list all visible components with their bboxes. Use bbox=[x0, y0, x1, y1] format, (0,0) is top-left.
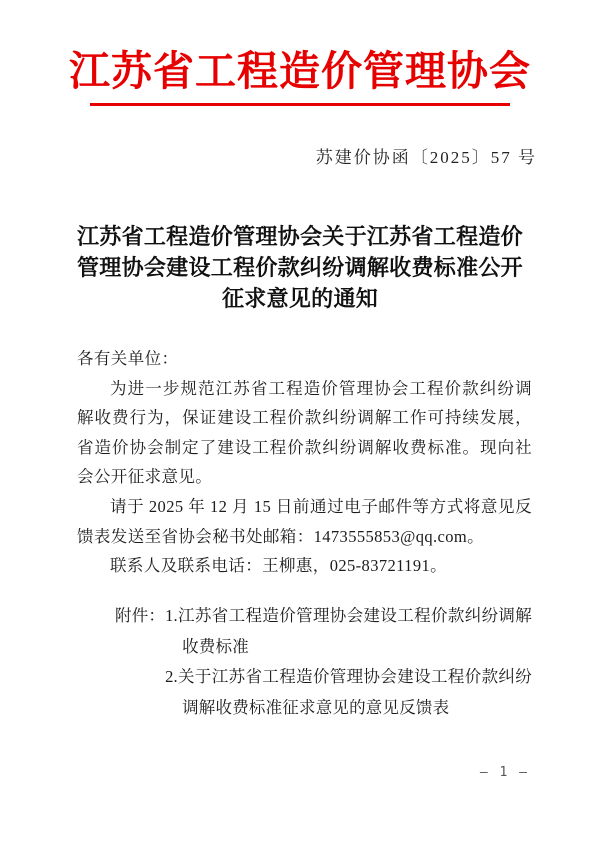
document-body: 各有关单位： 为进一步规范江苏省工程造价管理协会工程价款纠纷调解收费行为，保证建… bbox=[77, 344, 532, 724]
page-number: — 1 — bbox=[480, 765, 529, 780]
attachments-block: 附件： 1.江苏省工程造价管理协会建设工程价款纠纷调解收费标准 2.关于江苏省工… bbox=[115, 601, 532, 724]
attachment-item-2: 2.关于江苏省工程造价管理协会建设工程价款纠纷调解收费标准征求意见的意见反馈表 bbox=[165, 662, 532, 724]
attachments-list: 1.江苏省工程造价管理协会建设工程价款纠纷调解收费标准 2.关于江苏省工程造价管… bbox=[165, 601, 532, 724]
letterhead: 江苏省工程造价管理协会 bbox=[0, 48, 600, 106]
attachment-item-1: 1.江苏省工程造价管理协会建设工程价款纠纷调解收费标准 bbox=[165, 601, 532, 663]
attachments-label: 附件： bbox=[115, 601, 165, 724]
body-paragraph-2: 请于 2025 年 12 月 15 日前通过电子邮件等方式将意见反馈表发送至省协… bbox=[77, 492, 532, 551]
document-title: 江苏省工程造价管理协会关于江苏省工程造价管理协会建设工程价款纠纷调解收费标准公开… bbox=[72, 221, 528, 314]
salutation: 各有关单位： bbox=[77, 344, 532, 374]
document-page: 江苏省工程造价管理协会 苏建价协函〔2025〕57 号 江苏省工程造价管理协会关… bbox=[0, 0, 600, 848]
body-paragraph-1: 为进一步规范江苏省工程造价管理协会工程价款纠纷调解收费行为，保证建设工程价款纠纷… bbox=[77, 374, 532, 492]
body-paragraph-3: 联系人及联系电话：王柳惠，025-83721191。 bbox=[77, 551, 532, 581]
document-reference-number: 苏建价协函〔2025〕57 号 bbox=[316, 143, 537, 168]
organization-name: 江苏省工程造价管理协会 bbox=[69, 48, 531, 94]
letterhead-divider-line bbox=[90, 103, 510, 106]
